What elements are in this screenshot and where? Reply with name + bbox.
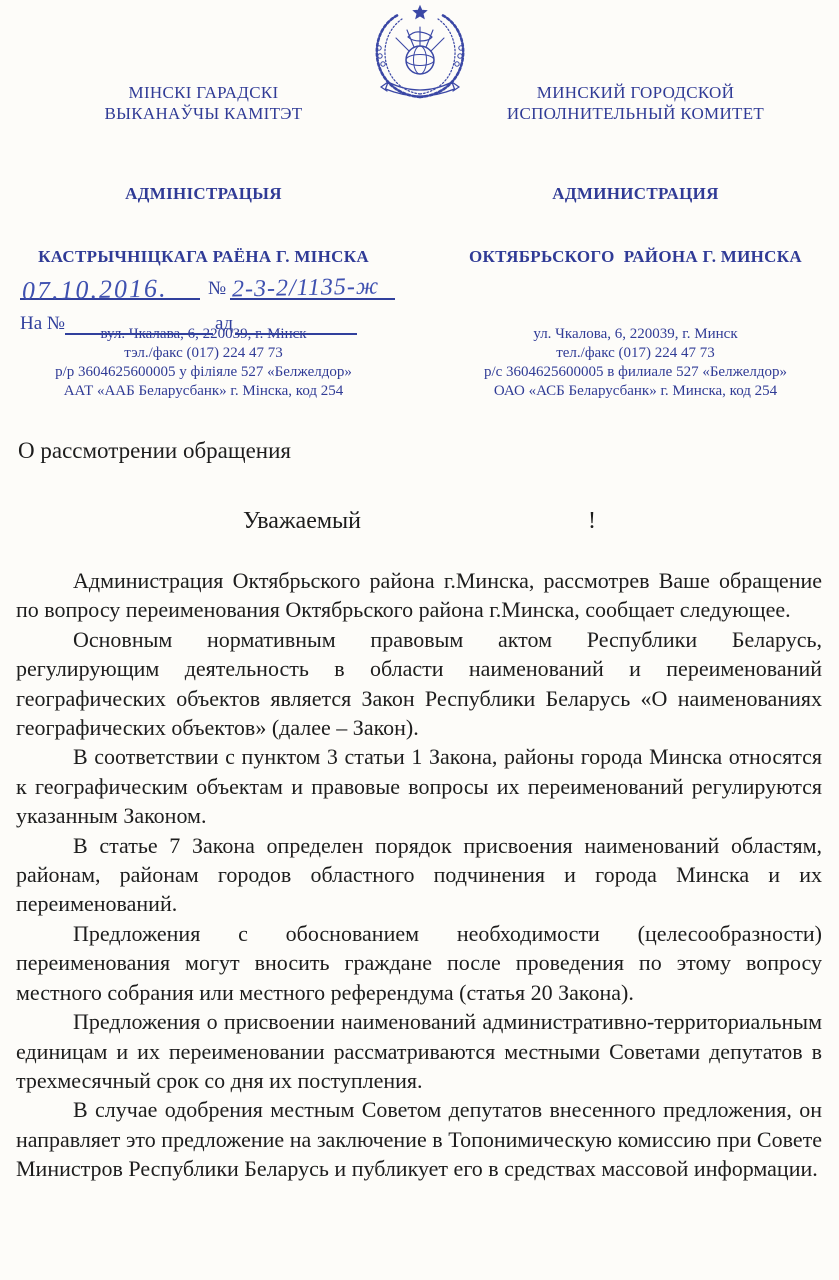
org-address-by: вул. Чкалава, 6, 220039, г. Мінск тэл./ф… bbox=[6, 325, 401, 401]
paragraph: Администрация Октябрьского района г.Минс… bbox=[16, 566, 822, 625]
org-address-ru: ул. Чкалова, 6, 220039, г. Минск тел./фа… bbox=[438, 325, 833, 401]
date-fill-line: 07.10.2016. bbox=[20, 276, 200, 300]
salutation-line: Уважаемый ! bbox=[0, 508, 839, 542]
paragraph: В случае одобрения местным Советом депут… bbox=[16, 1095, 822, 1183]
incoming-number-line: На №ад bbox=[20, 311, 460, 335]
org-name-by: МІНСКІ ГАРАДСКІ ВЫКАНАЎЧЫ КАМІТЭТ bbox=[6, 82, 401, 124]
text-line: тел./факс (017) 224 47 73 bbox=[438, 344, 833, 363]
letterhead-right-russian: МИНСКИЙ ГОРОДСКОЙ ИСПОЛНИТЕЛЬНЫЙ КОМИТЕТ… bbox=[438, 82, 833, 401]
text-line: МИНСКИЙ ГОРОДСКОЙ bbox=[438, 82, 833, 103]
org-name-ru: МИНСКИЙ ГОРОДСКОЙ ИСПОЛНИТЕЛЬНЫЙ КОМИТЕТ bbox=[438, 82, 833, 124]
salutation-exclamation: ! bbox=[588, 508, 596, 535]
org-admin-ru: АДМИНИСТРАЦИЯ ОКТЯБРЬСКОГО РАЙОНА Г. МИН… bbox=[438, 141, 833, 309]
numero-sign: № bbox=[208, 278, 226, 299]
text-line: КАСТРЫЧНІЦКАГА РАЁНА Г. МІНСКА bbox=[6, 246, 401, 267]
paragraph: В соответствии с пунктом 3 статьи 1 Зако… bbox=[16, 742, 822, 830]
text-line: АДМИНИСТРАЦИЯ bbox=[438, 183, 833, 204]
ad-label: ад bbox=[215, 313, 233, 334]
paragraph: Основным нормативным правовым актом Респ… bbox=[16, 625, 822, 743]
handwritten-number: 2-3-2/1135-ж bbox=[232, 273, 380, 303]
text-line: ОАО «АСБ Беларусбанк» г. Минска, код 254 bbox=[438, 382, 833, 401]
text-line: р/р 3604625600005 у філіяле 527 «Белжелд… bbox=[6, 363, 401, 382]
text-line: р/с 3604625600005 в филиале 527 «Белжелд… bbox=[438, 363, 833, 382]
number-fill-line: 2-3-2/1135-ж bbox=[230, 276, 395, 300]
text-line: ИСПОЛНИТЕЛЬНЫЙ КОМИТЕТ bbox=[438, 103, 833, 124]
letterhead: МІНСКІ ГАРАДСКІ ВЫКАНАЎЧЫ КАМІТЭТ АДМІНІ… bbox=[0, 82, 839, 401]
text-line: ОКТЯБРЬСКОГО РАЙОНА Г. МИНСКА bbox=[438, 246, 833, 267]
letter-page: МІНСКІ ГАРАДСКІ ВЫКАНАЎЧЫ КАМІТЭТ АДМІНІ… bbox=[0, 0, 839, 1280]
reference-block: 07.10.2016.№2-3-2/1135-ж На №ад bbox=[20, 276, 460, 335]
text-line: АДМІНІСТРАЦЫЯ bbox=[6, 183, 401, 204]
text-line: ул. Чкалова, 6, 220039, г. Минск bbox=[438, 325, 833, 344]
text-line: МІНСКІ ГАРАДСКІ bbox=[6, 82, 401, 103]
subject-line: О рассмотрении обращения bbox=[18, 438, 291, 464]
na-fill-line bbox=[65, 311, 213, 335]
letterhead-left-belarusian: МІНСКІ ГАРАДСКІ ВЫКАНАЎЧЫ КАМІТЭТ АДМІНІ… bbox=[6, 82, 401, 401]
paragraph: В статье 7 Закона определен порядок прис… bbox=[16, 831, 822, 919]
letter-body: Администрация Октябрьского района г.Минс… bbox=[16, 566, 822, 1184]
paragraph: Предложения с обоснованием необходимости… bbox=[16, 919, 822, 1007]
text-line: ВЫКАНАЎЧЫ КАМІТЭТ bbox=[6, 103, 401, 124]
paragraph: Предложения о присвоении наименований ад… bbox=[16, 1007, 822, 1095]
na-label: На № bbox=[20, 313, 65, 334]
text-line: тэл./факс (017) 224 47 73 bbox=[6, 344, 401, 363]
ad-fill-line bbox=[235, 311, 357, 335]
text-line: ААТ «ААБ Беларусбанк» г. Мінска, код 254 bbox=[6, 382, 401, 401]
salutation-greeting: Уважаемый bbox=[243, 508, 361, 535]
outgoing-number-line: 07.10.2016.№2-3-2/1135-ж bbox=[20, 276, 460, 300]
handwritten-date: 07.10.2016. bbox=[22, 273, 168, 306]
